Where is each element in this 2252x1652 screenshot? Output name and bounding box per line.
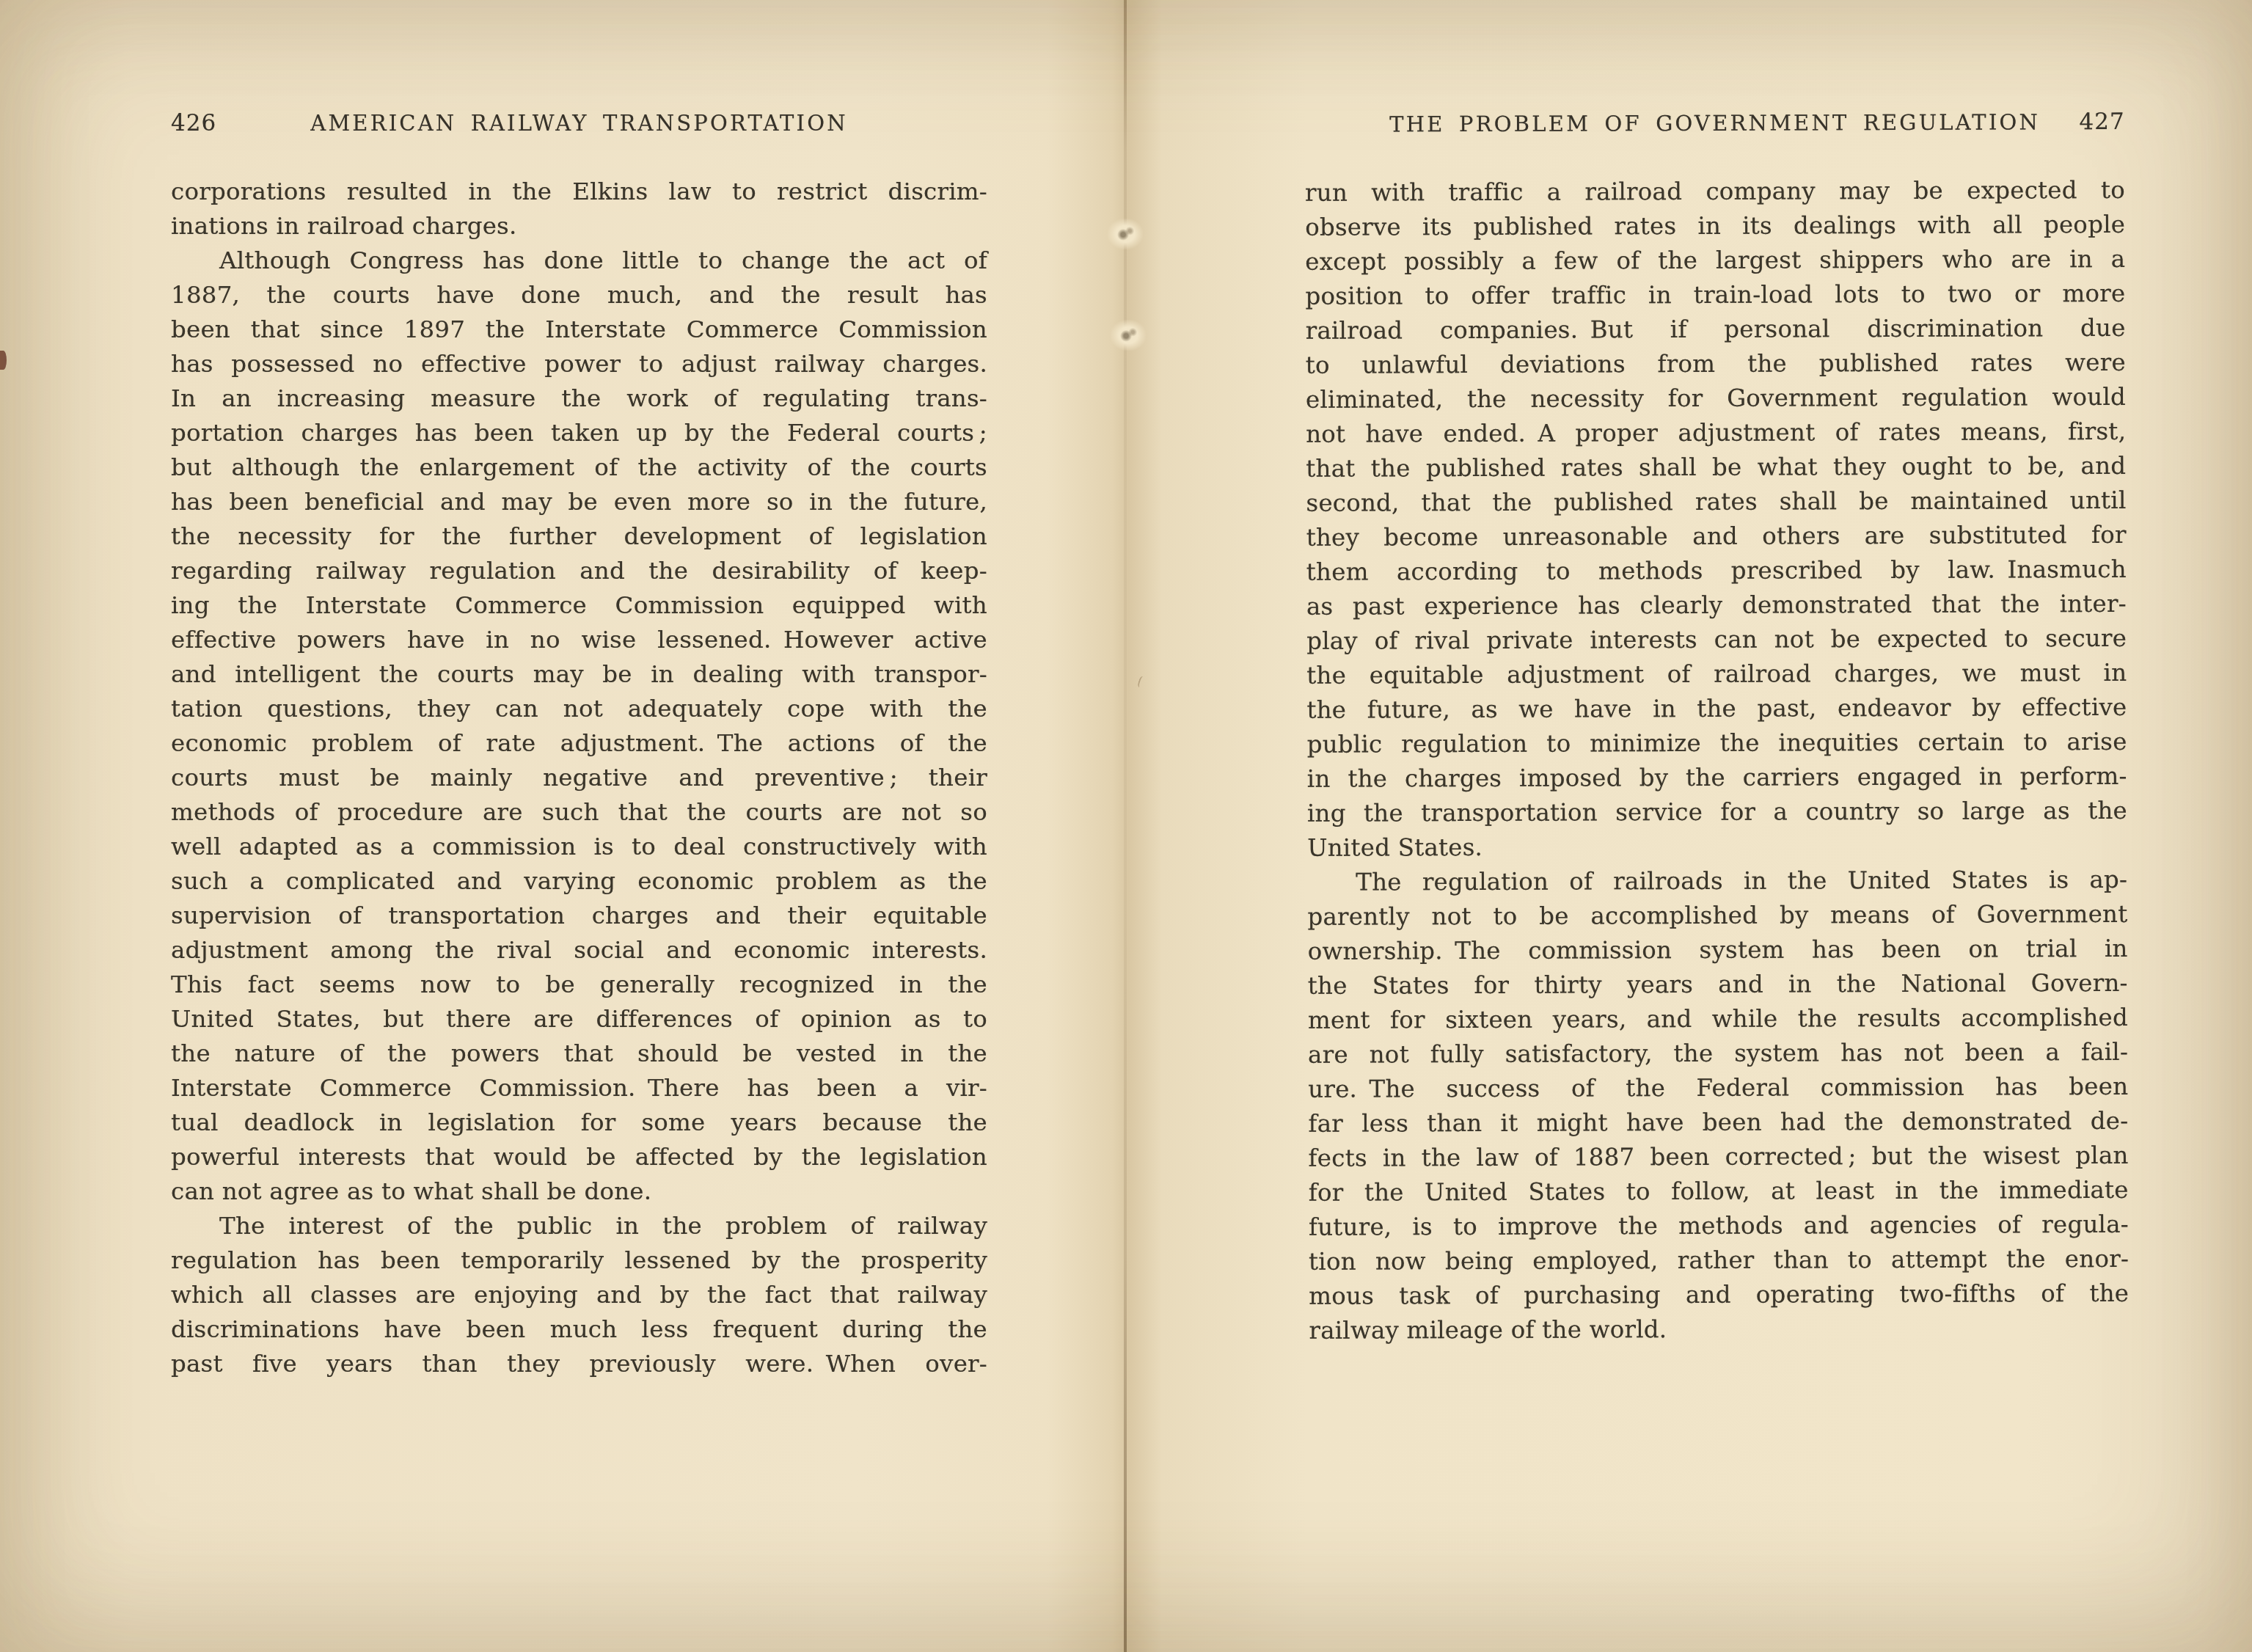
text-line: position to offer traffic in train-load … [1305, 277, 2125, 314]
text-line: powerful interests that would be affecte… [171, 1140, 987, 1174]
text-line: not have ended. A proper adjustment of r… [1306, 414, 2126, 452]
book-spread: 426 AMERICAN RAILWAY TRANSPORTATION corp… [0, 0, 2252, 1652]
text-line: economic problem of rate adjustment. The… [171, 726, 987, 761]
text-line: discriminations have been much less freq… [171, 1312, 987, 1347]
text-line: regulation has been temporarily lessened… [171, 1243, 987, 1278]
text-line: United States, but there are differences… [171, 1002, 987, 1037]
text-line: past five years than they previously wer… [171, 1347, 987, 1381]
text-line: the nature of the powers that should be … [171, 1037, 987, 1071]
text-line: railroad companies. But if personal disc… [1306, 311, 2126, 348]
text-line: tion now being employed, rather than to … [1309, 1242, 2129, 1279]
text-line: to unlawful deviations from the publishe… [1306, 346, 2126, 383]
running-title-right: THE PROBLEM OF GOVERNMENT REGULATION [1305, 106, 2125, 141]
text-line: second, that the published rates shall b… [1306, 483, 2126, 521]
text-line: the future, as we have in the past, ende… [1306, 690, 2127, 728]
text-line: but although the enlargement of the acti… [171, 450, 987, 485]
text-line: that the published rates shall be what t… [1306, 449, 2126, 486]
text-line: play of rival private interests can not … [1306, 621, 2127, 659]
text-line: in the charges imposed by the carriers e… [1307, 759, 2127, 797]
text-line: future, is to improve the methods and ag… [1309, 1207, 2129, 1245]
text-line: portation charges has been taken up by t… [171, 416, 987, 450]
text-line: The regulation of railroads in the Unite… [1307, 863, 2127, 900]
text-line: Although Congress has done little to cha… [171, 244, 987, 278]
text-line: In an increasing measure the work of reg… [171, 381, 987, 416]
text-line: corporations resulted in the Elkins law … [171, 175, 987, 209]
text-line: they become unreasonable and others are … [1306, 518, 2127, 555]
text-line: the necessity for the further developmen… [171, 519, 987, 554]
text-line: such a complicated and varying economic … [171, 864, 987, 899]
page-right: THE PROBLEM OF GOVERNMENT REGULATION 427… [1119, 0, 2252, 1652]
text-line: ing the Interstate Commerce Commission e… [171, 588, 987, 623]
text-line: adjustment among the rival social and ec… [171, 933, 987, 968]
text-line: can not agree as to what shall be done. [171, 1174, 987, 1209]
text-line: which all classes are enjoying and by th… [171, 1278, 987, 1312]
text-line: railway mileage of the world. [1309, 1311, 2129, 1348]
text-line: United States. [1307, 828, 2127, 866]
page-body-right: run with traffic a railroad company may … [1305, 173, 2129, 1348]
page-number-right: 427 [2079, 106, 2124, 138]
text-line: methods of procedure are such that the c… [171, 795, 987, 830]
text-line: the equitable adjustment of railroad cha… [1306, 656, 2127, 693]
text-line: the States for thirty years and in the N… [1308, 966, 2128, 1004]
text-line: observe its published rates in its deali… [1305, 208, 2125, 245]
text-line: mous task of purchasing and operating tw… [1309, 1276, 2129, 1314]
text-line: supervision of transportation charges an… [171, 899, 987, 933]
text-line: The interest of the public in the proble… [171, 1209, 987, 1243]
text-line: has been beneficial and may be even more… [171, 485, 987, 519]
text-line: ownership. The commission system has bee… [1308, 932, 2128, 969]
page-header-left: 426 AMERICAN RAILWAY TRANSPORTATION [171, 107, 987, 139]
page-left: 426 AMERICAN RAILWAY TRANSPORTATION corp… [0, 0, 1122, 1652]
page-number-left: 426 [171, 107, 216, 139]
text-line: Interstate Commerce Commission. There ha… [171, 1071, 987, 1105]
text-line: regarding railway regulation and the des… [171, 554, 987, 588]
text-line: been that since 1897 the Interstate Comm… [171, 313, 987, 347]
page-header-right: THE PROBLEM OF GOVERNMENT REGULATION 427 [1305, 106, 2125, 141]
text-line: 1887, the courts have done much, and the… [171, 278, 987, 313]
text-line: are not fully satisfactory, the system h… [1308, 1035, 2128, 1072]
text-line: and intelligent the courts may be in dea… [171, 657, 987, 692]
text-line: them according to methods prescribed by … [1306, 552, 2127, 590]
text-line: This fact seems now to be generally reco… [171, 968, 987, 1002]
text-line: far less than it might have been had the… [1308, 1104, 2128, 1141]
text-line: public regulation to minimize the inequi… [1307, 725, 2127, 762]
text-line: eliminated, the necessity for Government… [1306, 380, 2126, 417]
text-line: except possibly a few of the largest shi… [1305, 242, 2125, 279]
text-line: well adapted as a commission is to deal … [171, 830, 987, 864]
text-line: for the United States to follow, at leas… [1309, 1173, 2129, 1210]
text-line: fects in the law of 1887 been corrected … [1308, 1139, 2128, 1176]
text-line: ment for sixteen years, and while the re… [1308, 1001, 2128, 1038]
text-line: ure. The success of the Federal commissi… [1308, 1070, 2128, 1107]
text-line: effective powers have in no wise lessene… [171, 623, 987, 657]
text-line: parently not to be accomplished by means… [1307, 897, 2127, 935]
text-line: inations in railroad charges. [171, 209, 987, 244]
text-line: tation questions, they can not adequatel… [171, 692, 987, 726]
text-line: has possessed no effective power to adju… [171, 347, 987, 381]
text-line: tual deadlock in legislation for some ye… [171, 1105, 987, 1140]
text-line: courts must be mainly negative and preve… [171, 761, 987, 795]
text-line: ing the transportation service for a cou… [1307, 794, 2127, 831]
running-title-left: AMERICAN RAILWAY TRANSPORTATION [171, 107, 987, 139]
text-line: run with traffic a railroad company may … [1305, 173, 2125, 211]
page-body-left: corporations resulted in the Elkins law … [171, 175, 987, 1381]
text-line: as past experience has clearly demonstra… [1306, 587, 2127, 624]
